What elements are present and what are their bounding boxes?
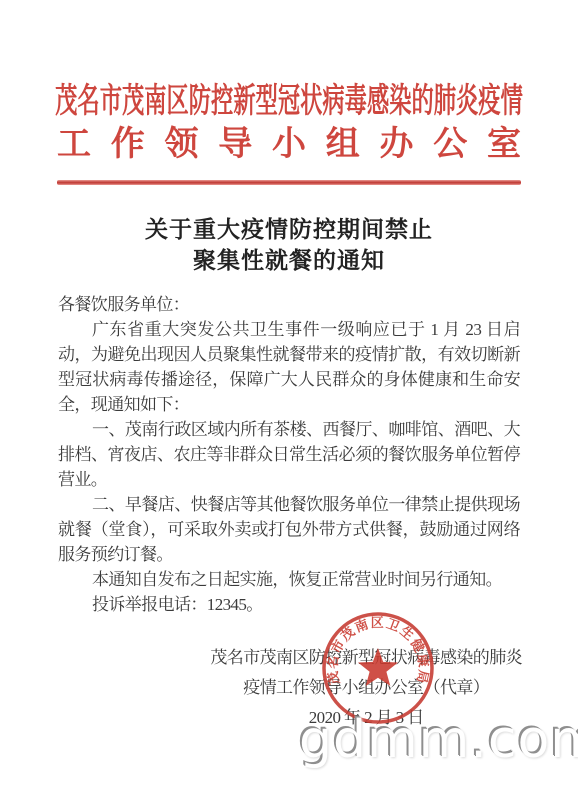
org-name-line1: 茂名市茂南区防控新型冠状病毒感染的肺炎疫情 (57, 73, 521, 115)
org-name-line1-text: 茂名市茂南区防控新型冠状病毒感染的肺炎疫情 (55, 73, 523, 122)
document-body: 各餐饮服务单位： 广东省重大突发公共卫生事件一级响应已于 1 月 23 日启动，… (58, 292, 520, 617)
paragraph-effective: 本通知自发布之日起实施，恢复正常营业时间另行通知。 (58, 567, 520, 592)
watermark: gdmm.com (299, 710, 578, 770)
document-title-line1: 关于重大疫情防控期间禁止 (145, 217, 433, 242)
paragraph-item-2: 二、早餐店、快餐店等其他餐饮服务单位一律禁止提供现场就餐（堂食），可采取外卖或打… (58, 492, 520, 567)
signature-org-line2: 疫情工作领导小组办公室（代章） (210, 673, 522, 703)
letterhead: 茂名市茂南区防控新型冠状病毒感染的肺炎疫情 工作领导小组办公室 (57, 0, 521, 185)
document-page: 茂名市茂南区防控新型冠状病毒感染的肺炎疫情 工作领导小组办公室 关于重大疫情防控… (0, 0, 578, 800)
salutation: 各餐饮服务单位： (58, 292, 520, 317)
paragraph-intro: 广东省重大突发公共卫生事件一级响应已于 1 月 23 日启动，为避免出现因人员聚… (58, 317, 520, 417)
paragraph-hotline: 投诉举报电话：12345。 (58, 592, 520, 617)
document-title-line2: 聚集性就餐的通知 (193, 248, 385, 273)
signature-org-line1: 茂名市茂南区防控新型冠状病毒感染的肺炎 (210, 643, 522, 673)
org-name-line2: 工作领导小组办公室 (57, 124, 521, 166)
document-title: 关于重大疫情防控期间禁止聚集性就餐的通知 (0, 214, 578, 276)
paragraph-item-1: 一、茂南行政区域内所有茶楼、西餐厅、咖啡馆、酒吧、大排档、宵夜店、农庄等非群众日… (58, 417, 520, 492)
red-divider (57, 180, 521, 185)
